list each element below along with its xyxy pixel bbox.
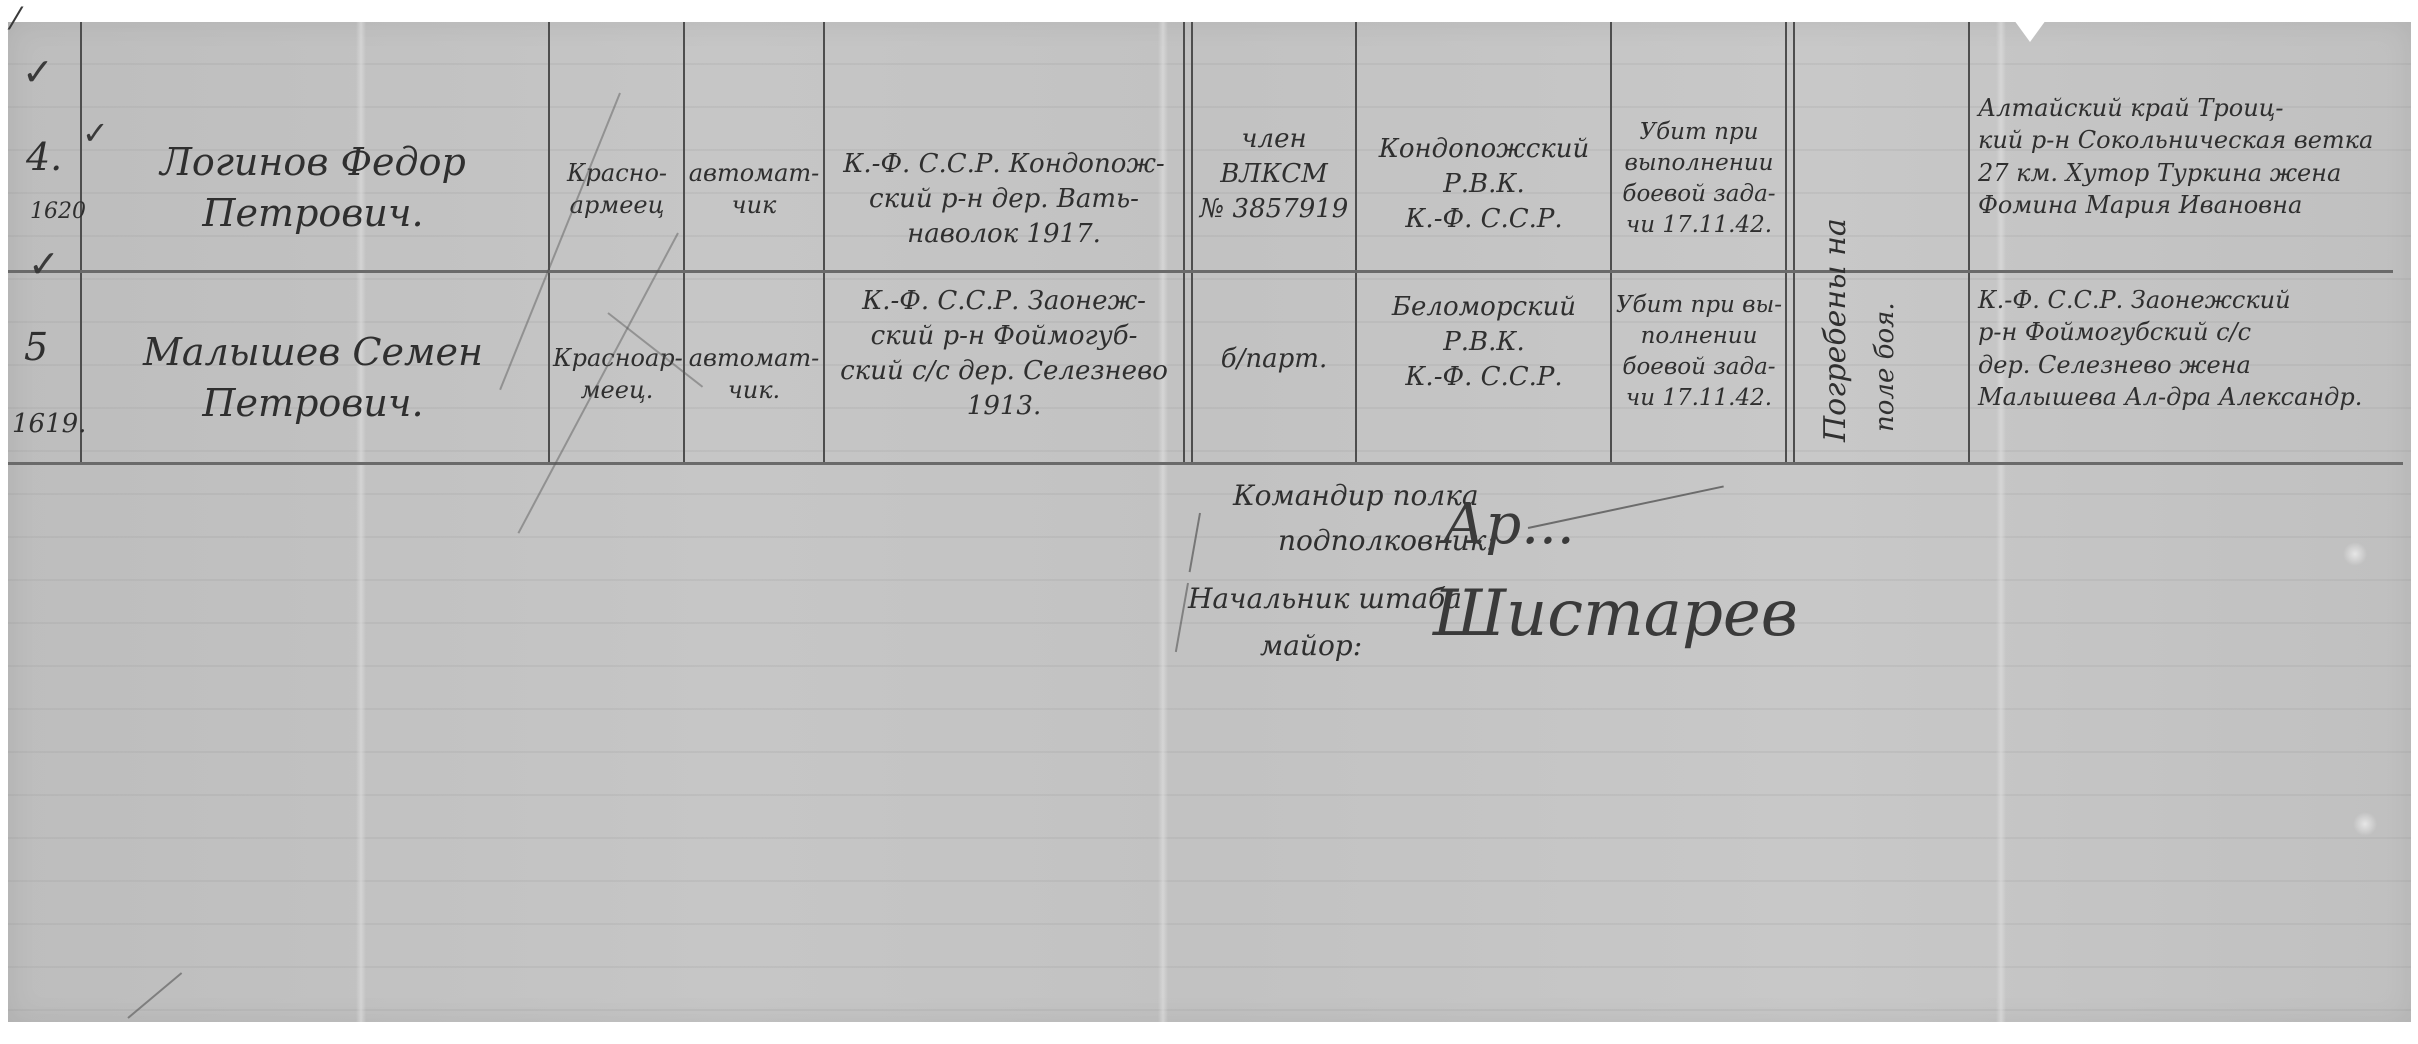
commander-signature: Ар... xyxy=(1443,492,1575,557)
soldier-name: Логинов Федор Петрович. xyxy=(88,137,538,240)
drafted-by: Кондопожский Р.В.К. К.-Ф. С.С.Р. xyxy=(1360,132,1608,237)
patronymic: Петрович. xyxy=(88,378,538,429)
column-rule xyxy=(1968,22,1970,463)
document-page: ⁄ ✓ ✓ ✓ 4. 1620 Логинов Федор Петрович. … xyxy=(8,22,2411,1022)
column-rule xyxy=(80,22,82,463)
patronymic: Петрович. xyxy=(88,188,538,239)
check-mark-icon: ✓ xyxy=(22,50,54,94)
chief-of-staff-title: Начальник штаба xyxy=(1188,580,1462,618)
column-rule xyxy=(548,22,550,463)
pencil-mark xyxy=(1189,513,1201,572)
column-rule xyxy=(1610,22,1612,463)
party-membership: б/парт. xyxy=(1196,342,1352,377)
chief-of-staff-rank: майор: xyxy=(1260,627,1362,665)
surname-given-name: Логинов Федор xyxy=(88,137,538,188)
fate: Убит при вы- полнении боевой зада- чи 17… xyxy=(1614,290,1784,414)
position: автомат- чик xyxy=(688,157,820,222)
commander-title: Командир полка xyxy=(1233,477,1479,515)
paper-tear xyxy=(2014,20,2046,42)
column-rule xyxy=(1355,22,1357,463)
row-rule xyxy=(8,270,2393,273)
archive-number: 1619. xyxy=(12,407,86,442)
next-of-kin: К.-Ф. С.С.Р. Заонежский р-н Фоймогубский… xyxy=(1978,284,2398,414)
check-mark-icon: ⁄ xyxy=(13,2,18,37)
burial-note: Погребены на xyxy=(1816,82,1857,442)
row-number: 4. xyxy=(26,132,62,183)
chief-of-staff-signature: Шистарев xyxy=(1433,577,1798,651)
soldier-name: Малышев Семен Петрович. xyxy=(88,327,538,430)
birthplace: К.-Ф. С.С.Р. Кондопож- ский р-н дер. Ват… xyxy=(828,147,1180,252)
row-number: 5 xyxy=(24,322,48,373)
fate: Убит при выполнении боевой зада- чи 17.1… xyxy=(1614,117,1784,241)
burial-note-continued: поле боя. xyxy=(1868,72,1903,432)
birthplace: К.-Ф. С.С.Р. Заонеж- ский р-н Фоймогуб- … xyxy=(828,284,1180,424)
position: автомат- чик. xyxy=(688,342,820,407)
column-rule xyxy=(1785,22,1787,463)
column-rule xyxy=(823,22,825,463)
paper-blemish xyxy=(2343,542,2367,566)
drafted-by: Беломорский Р.В.К. К.-Ф. С.С.Р. xyxy=(1360,290,1608,395)
next-of-kin: Алтайский край Троиц- кий р-н Сокольниче… xyxy=(1978,92,2398,222)
column-rule xyxy=(683,22,685,463)
paper-blemish xyxy=(2353,812,2377,836)
pencil-mark xyxy=(127,972,182,1019)
party-membership: член ВЛКСМ № 3857919 xyxy=(1196,122,1352,227)
pencil-mark xyxy=(1175,583,1189,652)
column-rule xyxy=(1183,22,1185,463)
row-rule xyxy=(8,462,2403,465)
rank: Красноар- меец. xyxy=(553,342,681,407)
column-rule xyxy=(1793,22,1795,463)
column-rule xyxy=(1191,22,1193,463)
archive-number: 1620 xyxy=(30,197,86,227)
surname-given-name: Малышев Семен xyxy=(88,327,538,378)
check-mark-icon: ✓ xyxy=(28,242,60,286)
